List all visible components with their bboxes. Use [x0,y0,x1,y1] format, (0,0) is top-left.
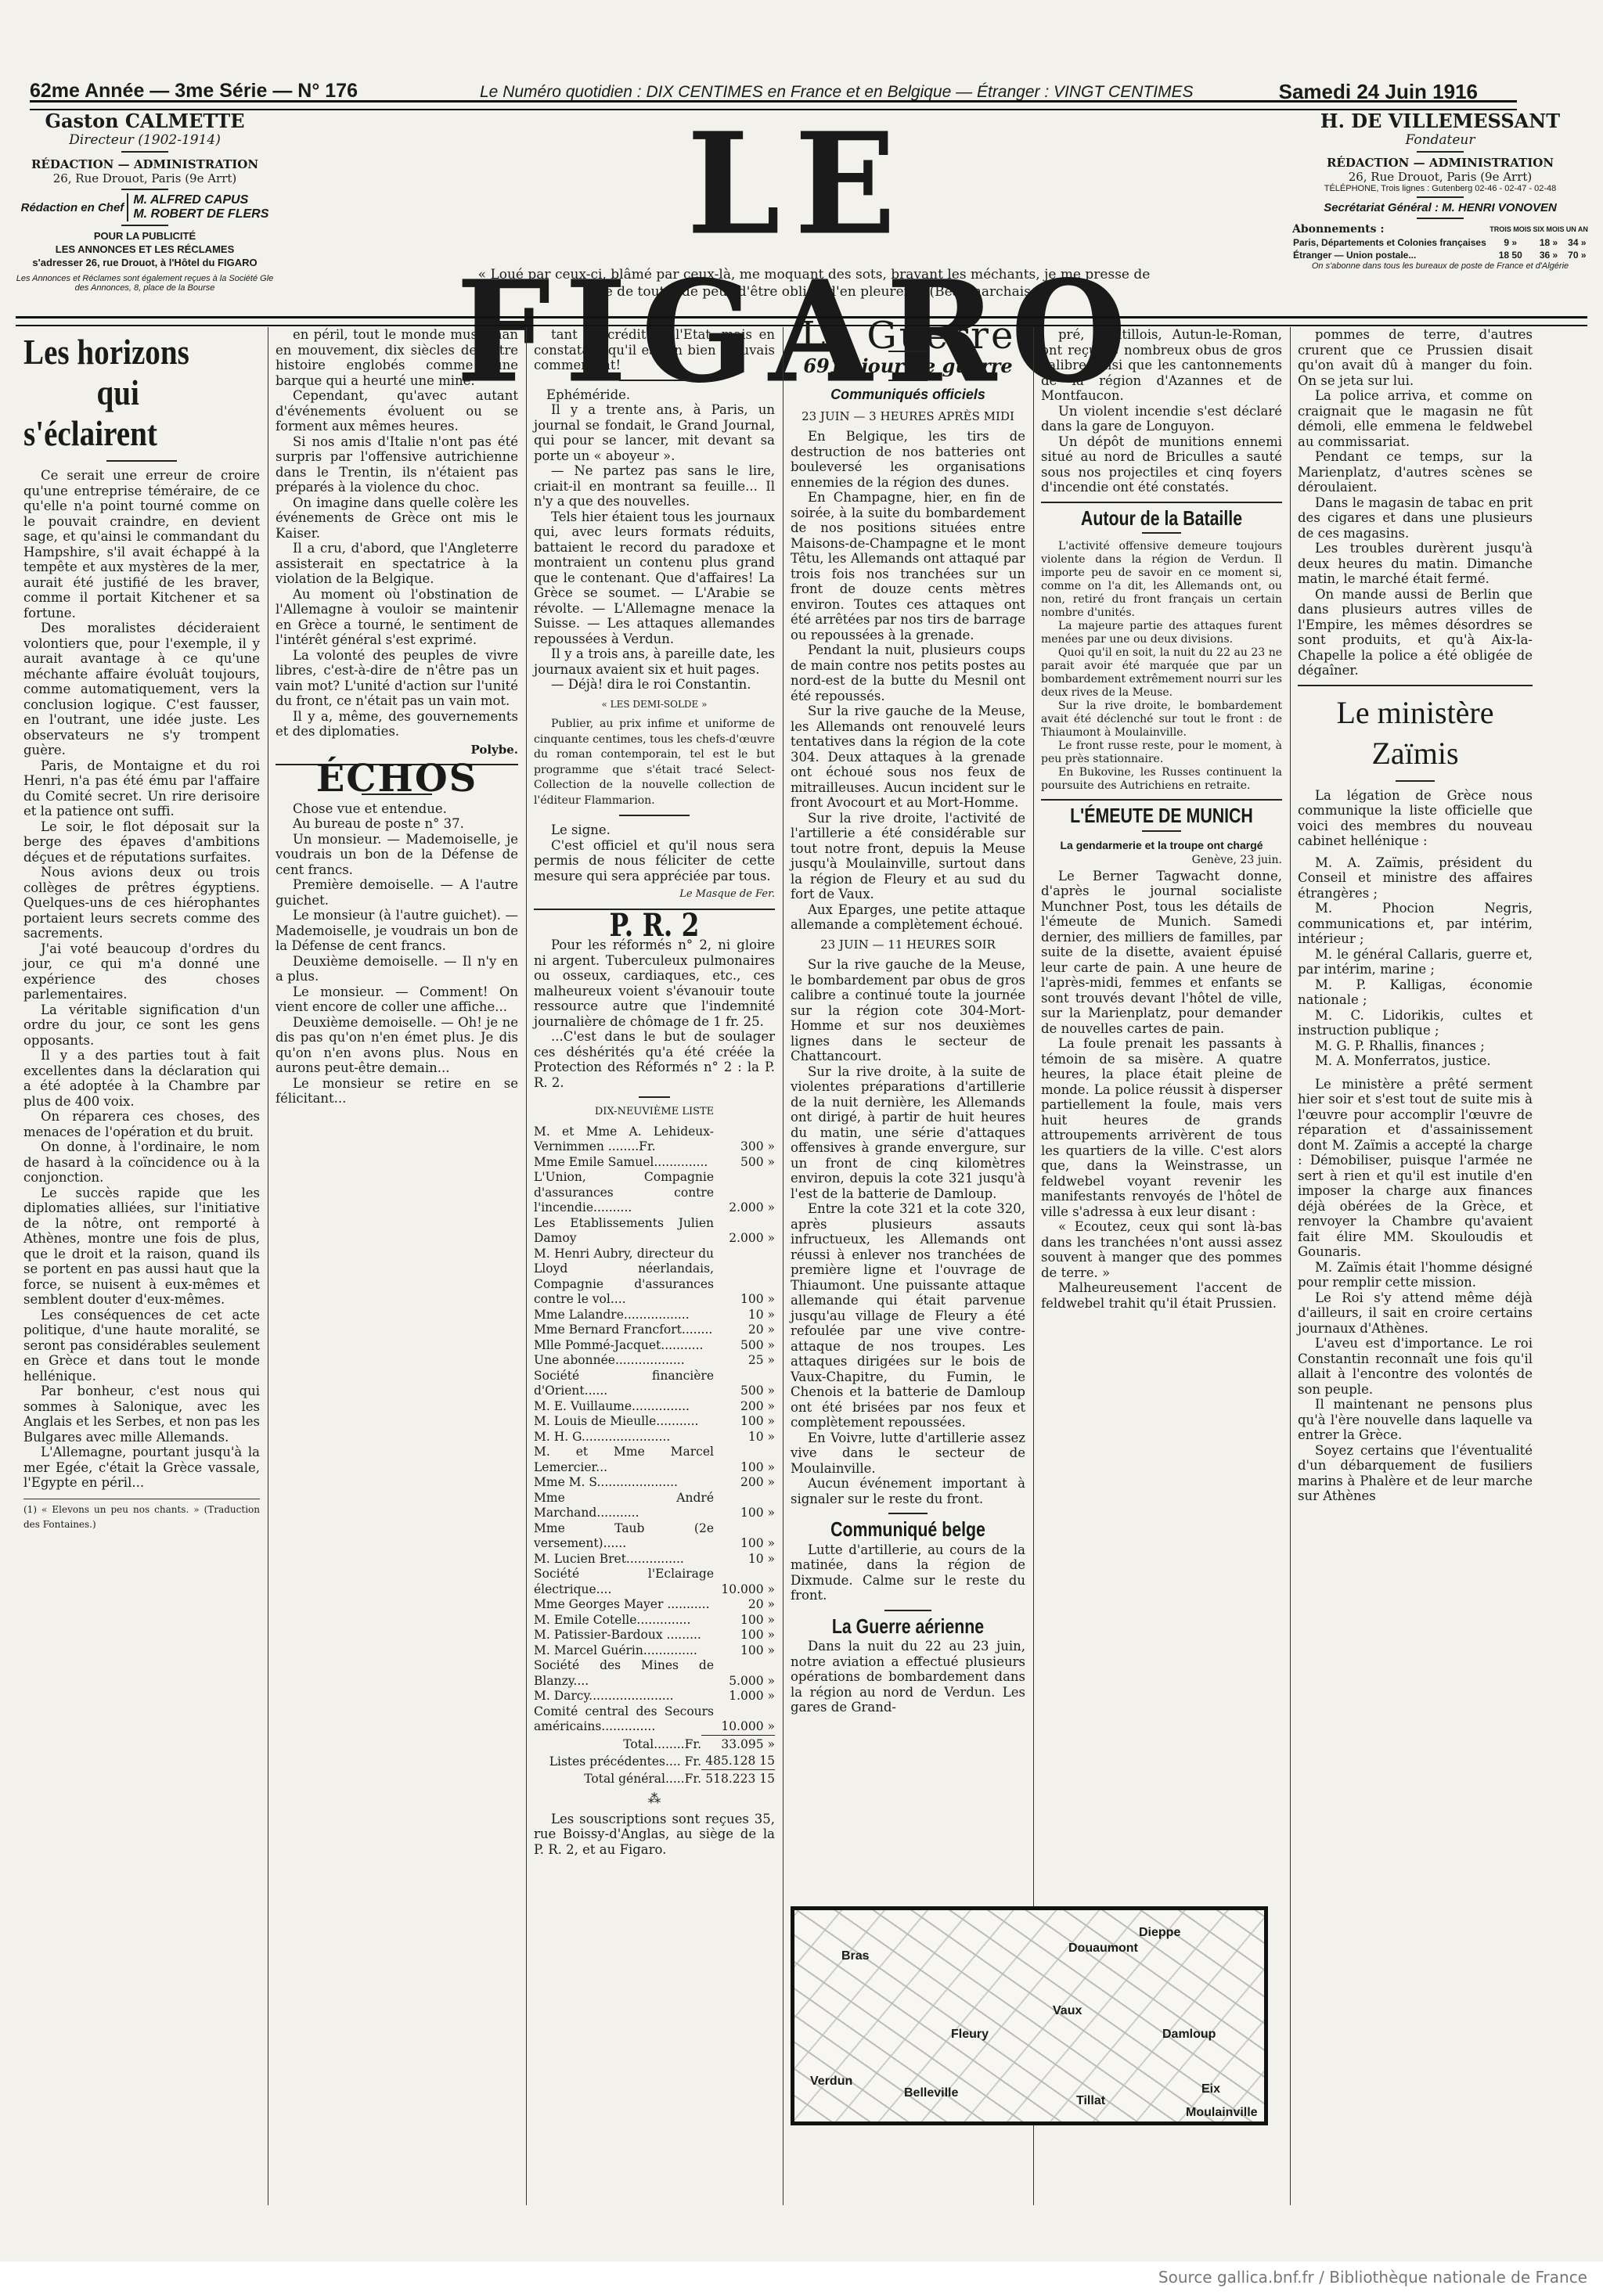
paragraph: Il y a, même, des gouvernements et des d… [276,709,518,740]
article-la-guerre: La Guerre 691e jour de guerre Communiqué… [791,327,1025,1715]
paragraph: Les troubles durèrent jusqu'à deux heure… [1298,541,1533,587]
paragraph: Ce serait une erreur de croire qu'une en… [23,468,260,621]
source-footer: Source gallica.bnf.fr / Bibliothèque nat… [0,2262,1603,2296]
zaimis-title: Le ministère Zaïmis [1298,693,1533,774]
list-title: DIX-NEUVIÈME LISTE [534,1104,775,1120]
subscriptions-table: Abonnements : TROIS MOIS SIX MOIS UN AN … [1291,222,1589,261]
paragraph: Le ministère a prêté serment hier soir e… [1298,1077,1533,1260]
paragraph: Si nos amis d'Italie n'ont pas été surpr… [276,434,518,495]
minister-item: M. le général Callaris, guerre et, par i… [1298,947,1533,977]
price-line: Le Numéro quotidien : DIX CENTIMES en Fr… [480,83,1194,102]
column-rule [1290,327,1291,2205]
paragraph: Au moment où l'obstination de l'Allemagn… [276,587,518,648]
donation-row: Une abonnée..................25 » [534,1353,775,1369]
paragraph: En Belgique, les tirs de destruction de … [791,429,1025,490]
paragraph: Le front russe reste, pour le moment, à … [1041,740,1282,766]
paragraph: Il y a trente ans, à Paris, un journal s… [534,402,775,463]
donation-row: Comité central des Secours américains...… [534,1704,775,1735]
ornament [121,225,168,226]
map-label: Belleville [904,2086,958,2100]
donation-row: M. Marcel Guérin..............100 » [534,1643,775,1659]
paragraph: Entre la cote 321 et la cote 320, après … [791,1201,1025,1431]
paragraph: Sur la rive droite, le bombardement avai… [1041,700,1282,740]
paragraph: J'ai voté beaucoup d'ordres du jour, ce … [23,941,260,1002]
donation-row: M. Lucien Bret...............10 » [534,1552,775,1567]
column-rule [526,327,527,2205]
paragraph: Sur la rive gauche de la Meuse, les Alle… [791,704,1025,811]
column-rule [783,327,783,2205]
paragraph: Le Roi s'y attend même déjà d'ailleurs, … [1298,1290,1533,1337]
donation-row: Société l'Eclairage électrique....10.000… [534,1567,775,1597]
column-rule [268,327,268,2205]
paragraph: La police arriva, et comme on craignait … [1298,388,1533,449]
donations-table: M. et Mme A. Lehideux-Vernimmen ........… [534,1125,775,1735]
donation-row: M. Darcy......................1.000 » [534,1689,775,1704]
paragraph: Il y a des parties tout à fait excellent… [23,1048,260,1109]
paragraph: La foule prenait les passants à témoin d… [1041,1036,1282,1219]
communique-time: 23 JUIN — 11 HEURES SOIR [791,937,1025,953]
founder-role: Fondateur [1291,132,1589,148]
paragraph: Il a cru, d'abord, que l'Angleterre assi… [276,541,518,587]
demi-solde-title: « LES DEMI-SOLDE » [534,697,775,713]
communique-body: Sur la rive gauche de la Meuse, le bomba… [791,957,1025,1506]
director-name: Gaston CALMETTE [16,110,274,132]
article-body: en péril, tout le monde musulman en mouv… [276,327,518,740]
paragraph: Les conséquences de cet acte politique, … [23,1308,260,1384]
totals-table: Total........Fr.33.095 » Listes précéden… [534,1735,775,1787]
minister-item: M. Phocion Negris, communications et, pa… [1298,901,1533,947]
map-label: Damloup [1162,2028,1216,2042]
ornament [1417,196,1464,198]
paragraph: En Bukovine, les Russes continuent la po… [1041,766,1282,793]
pr2-body: Pour les réformés n° 2, ni gloire ni arg… [534,937,775,1090]
director-role: Directeur (1902-1914) [16,132,274,148]
paragraph: L'aveu est d'importance. Le roi Constant… [1298,1336,1533,1397]
previous-row: Listes précédentes.... Fr.485.128 15 [534,1752,775,1769]
paragraph: Des moralistes décideraient volontiers q… [23,621,260,758]
column-6: pommes de terre, d'autres crurent que ce… [1298,327,1533,1504]
column-3: tant du crédit de l'Etat, mais en consta… [534,327,775,1857]
paragraph: Il y a trois ans, à pareille date, les j… [534,646,775,677]
paragraph: La majeure partie des attaques furent me… [1041,620,1282,646]
zaimis-intro: La légation de Grèce nous communique la … [1298,788,1533,849]
pub-line: POUR LA PUBLICITÉ [16,229,274,243]
munich-subtitle: La gendarmerie et la troupe ont chargé [1041,838,1282,854]
advertising-info: POUR LA PUBLICITÉ LES ANNONCES ET LES RÉ… [16,229,274,269]
echos-body: Chose vue et entendue.Au bureau de poste… [276,801,518,1107]
article-horizons: Les horizons qui s'éclairent Ce serait u… [23,327,260,1533]
paragraph: Dans le magasin de tabac en prit des cig… [1298,495,1533,542]
donation-row: Mlle Pommé-Jacquet...........500 » [534,1338,775,1354]
war-day: 691e jour de guerre [791,358,1025,374]
ornament [639,1096,670,1098]
paragraph: Paris, de Montaigne et du roi Henri, n'a… [23,758,260,819]
map-label: Bras [841,1949,870,1963]
ornament [1417,218,1464,219]
map-label: Vaux [1053,2004,1082,2018]
donation-row: M. et Mme Marcel Lemercier...100 » [534,1445,775,1475]
echo-line: Deuxième demoiselle. — Oh! je ne dis pas… [276,1015,518,1076]
paragraph: M. Zaïmis était l'homme désigné pour rem… [1298,1260,1533,1290]
donation-row: Mme Bernard Francfort........20 » [534,1323,775,1338]
paragraph: Le soir, le flot déposait sur la berge d… [23,819,260,865]
donation-row: Mme André Marchand...........100 » [534,1491,775,1521]
donation-row: Société financière d'Orient......500 » [534,1369,775,1399]
belge-body: Lutte d'artillerie, au cours de la matin… [791,1542,1025,1603]
paragraph: On réparera ces choses, des menaces de l… [23,1109,260,1139]
munich-dateline: Genève, 23 juin. [1041,853,1282,869]
bataille-title: Autour de la Bataille [1063,511,1261,527]
section-rule [1298,685,1533,686]
signe-body: C'est officiel et qu'il nous sera permis… [534,838,775,884]
asterism: ⁂ [534,1791,775,1807]
ornament [1142,532,1181,534]
map-label: Verdun [810,2075,852,2089]
air-title: La Guerre aérienne [812,1619,1004,1635]
paragraph: Malheureusement l'accent de feldwebel tr… [1041,1280,1282,1311]
ornament [1417,151,1464,153]
paragraph: Tels hier étaient tous les journaux qui,… [534,509,775,647]
demi-solde-body: Publier, au prix infime et uniforme de c… [534,717,775,808]
paragraph: ...C'est dans le but de soulager ces dés… [534,1029,775,1090]
paragraph: Sur la rive droite, à la suite de violen… [791,1064,1025,1202]
motto: « Loué par ceux-ci, blâmé par ceux-là, m… [470,266,1158,300]
paragraph: La volonté des peuples de vivre libres, … [276,648,518,709]
signe-title: Le signe. [534,822,775,838]
footnote: (1) « Elevons un peu nos chants. » (Trad… [23,1499,260,1533]
paragraph: Sur la rive droite, l'activité de l'arti… [791,811,1025,902]
la-guerre-title: La Guerre [791,329,1025,344]
paragraph: On donne, à l'ordinaire, le nom de hasar… [23,1139,260,1186]
paragraph: en péril, tout le monde musulman en mouv… [276,327,518,388]
paragraph: Nous avions deux ou trois collèges de pr… [23,865,260,941]
subs-label: Abonnements : [1291,222,1489,236]
echo-line: Le monsieur se retire en se félicitant..… [276,1076,518,1107]
ornament [884,1610,931,1611]
paragraph: tant du crédit de l'Etat, mais en consta… [534,327,775,373]
signature: Polybe. [276,743,518,758]
echo-line: Deuxième demoiselle. — Il n'y en a plus. [276,954,518,984]
paragraph: pommes de terre, d'autres crurent que ce… [1298,327,1533,388]
paragraph: L'activité offensive demeure toujours vi… [1041,540,1282,620]
paragraph: L'Allemagne, pourtant jusqu'à la mer Egé… [23,1445,260,1491]
subs-row: Étranger — Union postale... 18 50 36 » 7… [1291,249,1589,261]
communique-body: En Belgique, les tirs de destruction de … [791,429,1025,933]
column-5: pré, Nantillois, Autun-le-Roman, ont reç… [1041,327,1282,1311]
minister-item: M. A. Monferratos, justice. [1298,1053,1533,1069]
donation-row: Mme Georges Mayer ...........20 » [534,1597,775,1613]
munich-title: L'ÉMEUTE DE MUNICH [1063,808,1261,824]
pub-line: s'adresser 26, rue Drouot, à l'Hôtel du … [16,256,274,269]
left-masthead-box: Gaston CALMETTE Directeur (1902-1914) RÉ… [16,110,274,293]
paragraph: La véritable signification d'un ordre du… [23,1002,260,1049]
paragraph: En Champagne, hier, en fin de soirée, à … [791,490,1025,642]
ornament [619,815,690,816]
minister-item: M. P. Kalligas, économie nationale ; [1298,977,1533,1008]
chief-editors: Rédaction en Chef M. ALFRED CAPUS M. ROB… [16,193,274,221]
subs-note: On s'abonne dans tous les bureaux de pos… [1291,261,1589,271]
paragraph: — Ne partez pas sans le lire, criait-il … [534,463,775,509]
paragraph: pré, Nantillois, Autun-le-Roman, ont reç… [1041,327,1282,404]
bataille-body: L'activité offensive demeure toujours vi… [1041,540,1282,793]
ornament [888,1513,928,1514]
donation-row: Mme Lalandre.................10 » [534,1308,775,1323]
admin-label: RÉDACTION — ADMINISTRATION [16,157,274,171]
zaimis-body: Le ministère a prêté serment hier soir e… [1298,1077,1533,1504]
paragraph: Par bonheur, c'est nous qui sommes à Sal… [23,1384,260,1445]
donation-row: M. Patissier-Bardoux .........100 » [534,1628,775,1643]
verdun-map: DouaumontDieppeVauxDamloupFleuryEixBelle… [791,1902,1268,2125]
subscriptions-note: Les souscriptions sont reçues 35, rue Bo… [534,1812,775,1858]
paragraph: Il maintenant ne pensons plus qu'à l'ère… [1298,1397,1533,1443]
ornament [1396,780,1435,782]
subs-col: SIX MOIS [1532,222,1565,236]
paragraph: Soyez certains que l'éventualité d'un dé… [1298,1443,1533,1504]
paragraph: Le succès rapide que les diplomaties all… [23,1186,260,1308]
echo-line: Chose vue et entendue. [276,801,518,817]
phone: TÉLÉPHONE, Trois lignes : Gutenberg 02-4… [1291,184,1589,193]
map-label: Fleury [951,2028,989,2042]
chief-label: Rédaction en Chef [21,201,124,214]
right-masthead-box: H. DE VILLEMESSANT Fondateur RÉDACTION —… [1291,110,1589,271]
donation-row: L'Union, Compagnie d'assurances contre l… [534,1170,775,1216]
map-label: Moulainville [1186,2106,1258,2120]
article-title: Les horizons qui s'éclairent [23,332,225,454]
paragraph: — Déjà! dira le roi Constantin. [534,677,775,693]
echo-line: Un monsieur. — Mademoiselle, je voudrais… [276,832,518,878]
minister-item: M. G. P. Rhallis, finances ; [1298,1038,1533,1054]
echo-line: Première demoiselle. — A l'autre guichet… [276,877,518,908]
paragraph: Pendant ce temps, sur la Marienplatz, d'… [1298,449,1533,495]
munich-body: Le Berner Tagwacht donne, d'après le jou… [1041,869,1282,1312]
founder-name: H. DE VILLEMESSANT [1291,110,1589,132]
pub-line: LES ANNONCES ET LES RÉCLAMES [16,243,274,256]
ephemeride-body: Il y a trente ans, à Paris, un journal s… [534,402,775,693]
ornament [1142,830,1181,832]
echo-line: Le monsieur (à l'autre guichet). — Madem… [276,908,518,954]
paragraph: Sur la rive gauche de la Meuse, le bomba… [791,957,1025,1064]
ministers-list: M. A. Zaïmis, président du Conseil et mi… [1298,855,1533,1069]
chief-editor: M. ALFRED CAPUS [133,193,268,207]
subs-row: Paris, Départements et Colonies français… [1291,236,1589,249]
paragraph: Pendant la nuit, plusieurs coups de main… [791,642,1025,704]
paragraph: Cependant, qu'avec autant d'événements é… [276,388,518,434]
paragraph: « Ecoutez, ceux qui sont là-bas dans les… [1041,1219,1282,1280]
newspaper-page: 62me Année — 3me Série — N° 176 Le Numér… [0,0,1603,2262]
paragraph: Aux Eparges, une petite attaque allemand… [791,902,1025,933]
belge-title: Communiqué belge [812,1522,1004,1538]
ornament [121,151,168,153]
communiques-title: Communiqués officiels [791,387,1025,403]
communique-time: 23 JUIN — 3 HEURES APRÈS MIDI [791,409,1025,425]
signature: Le Masque de Fer. [534,887,775,902]
donation-row: Mme M. S.....................200 » [534,1475,775,1491]
map-label: Tillat [1076,2094,1105,2108]
donation-row: Mme Taub (2e versement)......100 » [534,1521,775,1552]
ephemeride-title: Ephéméride. [534,387,775,403]
paragraph: On imagine dans quelle colère les événem… [276,495,518,542]
paragraph: Un violent incendie s'est déclaré dans l… [1041,404,1282,434]
donation-row: M. Emile Cotelle..............100 » [534,1613,775,1628]
echo-line: Le monsieur. — Comment! On vient encore … [276,984,518,1015]
air-body: Dans la nuit du 22 au 23 juin, notre avi… [791,1639,1025,1715]
total-row: Total........Fr.33.095 » [534,1735,775,1752]
ornament [121,189,168,190]
ornament [888,380,928,381]
paragraph: Pour les réformés n° 2, ni gloire ni arg… [534,937,775,1029]
minister-item: M. A. Zaïmis, président du Conseil et mi… [1298,855,1533,901]
section-rule [1041,799,1282,801]
donation-row: M. E. Vuillaume...............200 » [534,1399,775,1415]
paragraph: Le Berner Tagwacht donne, d'après le jou… [1041,869,1282,1037]
source-credit: Source gallica.bnf.fr / Bibliothèque nat… [1158,2268,1587,2287]
paragraph: Aucun événement important à signaler sur… [791,1476,1025,1506]
article-body: Ce serait une erreur de croire qu'une en… [23,468,260,1491]
echo-line: Au bureau de poste n° 37. [276,816,518,832]
paragraph: En Voivre, lutte d'artillerie assez vive… [791,1431,1025,1477]
map-label: Dieppe [1139,1926,1180,1940]
secretary: Secrétariat Général : M. HENRI VONOVEN [1291,201,1589,214]
admin-label: RÉDACTION — ADMINISTRATION [1291,156,1589,170]
issue-number: 62me Année — 3me Série — N° 176 [30,80,358,103]
paragraph: Un dépôt de munitions ennemi situé au no… [1041,434,1282,495]
map-label: Eix [1201,2082,1220,2096]
ads-note: Les Annonces et Réclames sont également … [16,274,274,293]
pr2-title: P. R. 2 [556,918,754,934]
grand-total-row: Total général.....Fr.518.223 15 [534,1769,775,1787]
ornament [106,460,177,462]
paragraph: On mande aussi de Berlin que dans plusie… [1298,587,1533,678]
article-horizons-continued: en péril, tout le monde musulman en mouv… [276,327,518,1107]
donation-row: M. Henri Aubry, directeur du Lloyd néerl… [534,1247,775,1308]
donation-row: Mme Emile Samuel..............500 » [534,1155,775,1171]
donation-row: M. H. G.......................10 » [534,1430,775,1445]
section-rule [1041,502,1282,503]
minister-item: M. C. Lidorikis, cultes et instruction p… [1298,1008,1533,1038]
subs-col: TROIS MOIS [1489,222,1532,236]
paragraph: Quoi qu'il en soit, la nuit du 22 au 23 … [1041,646,1282,700]
subs-col: UN AN [1565,222,1589,236]
address: 26, Rue Drouot, Paris (9e Arrt) [1291,170,1589,184]
donation-row: M. Louis de Mieulle...........100 » [534,1414,775,1430]
chief-editor: M. ROBERT DE FLERS [133,207,268,221]
donation-row: Les Etablissements Julien Damoy2.000 » [534,1216,775,1247]
map-label: Douaumont [1068,1942,1138,1956]
ornament [619,380,690,381]
echos-title: ÉCHOS [276,772,518,787]
donation-row: Société des Mines de Blanzy....5.000 » [534,1658,775,1689]
address: 26, Rue Drouot, Paris (9e Arrt) [16,171,274,185]
donation-row: M. et Mme A. Lehideux-Vernimmen ........… [534,1125,775,1155]
